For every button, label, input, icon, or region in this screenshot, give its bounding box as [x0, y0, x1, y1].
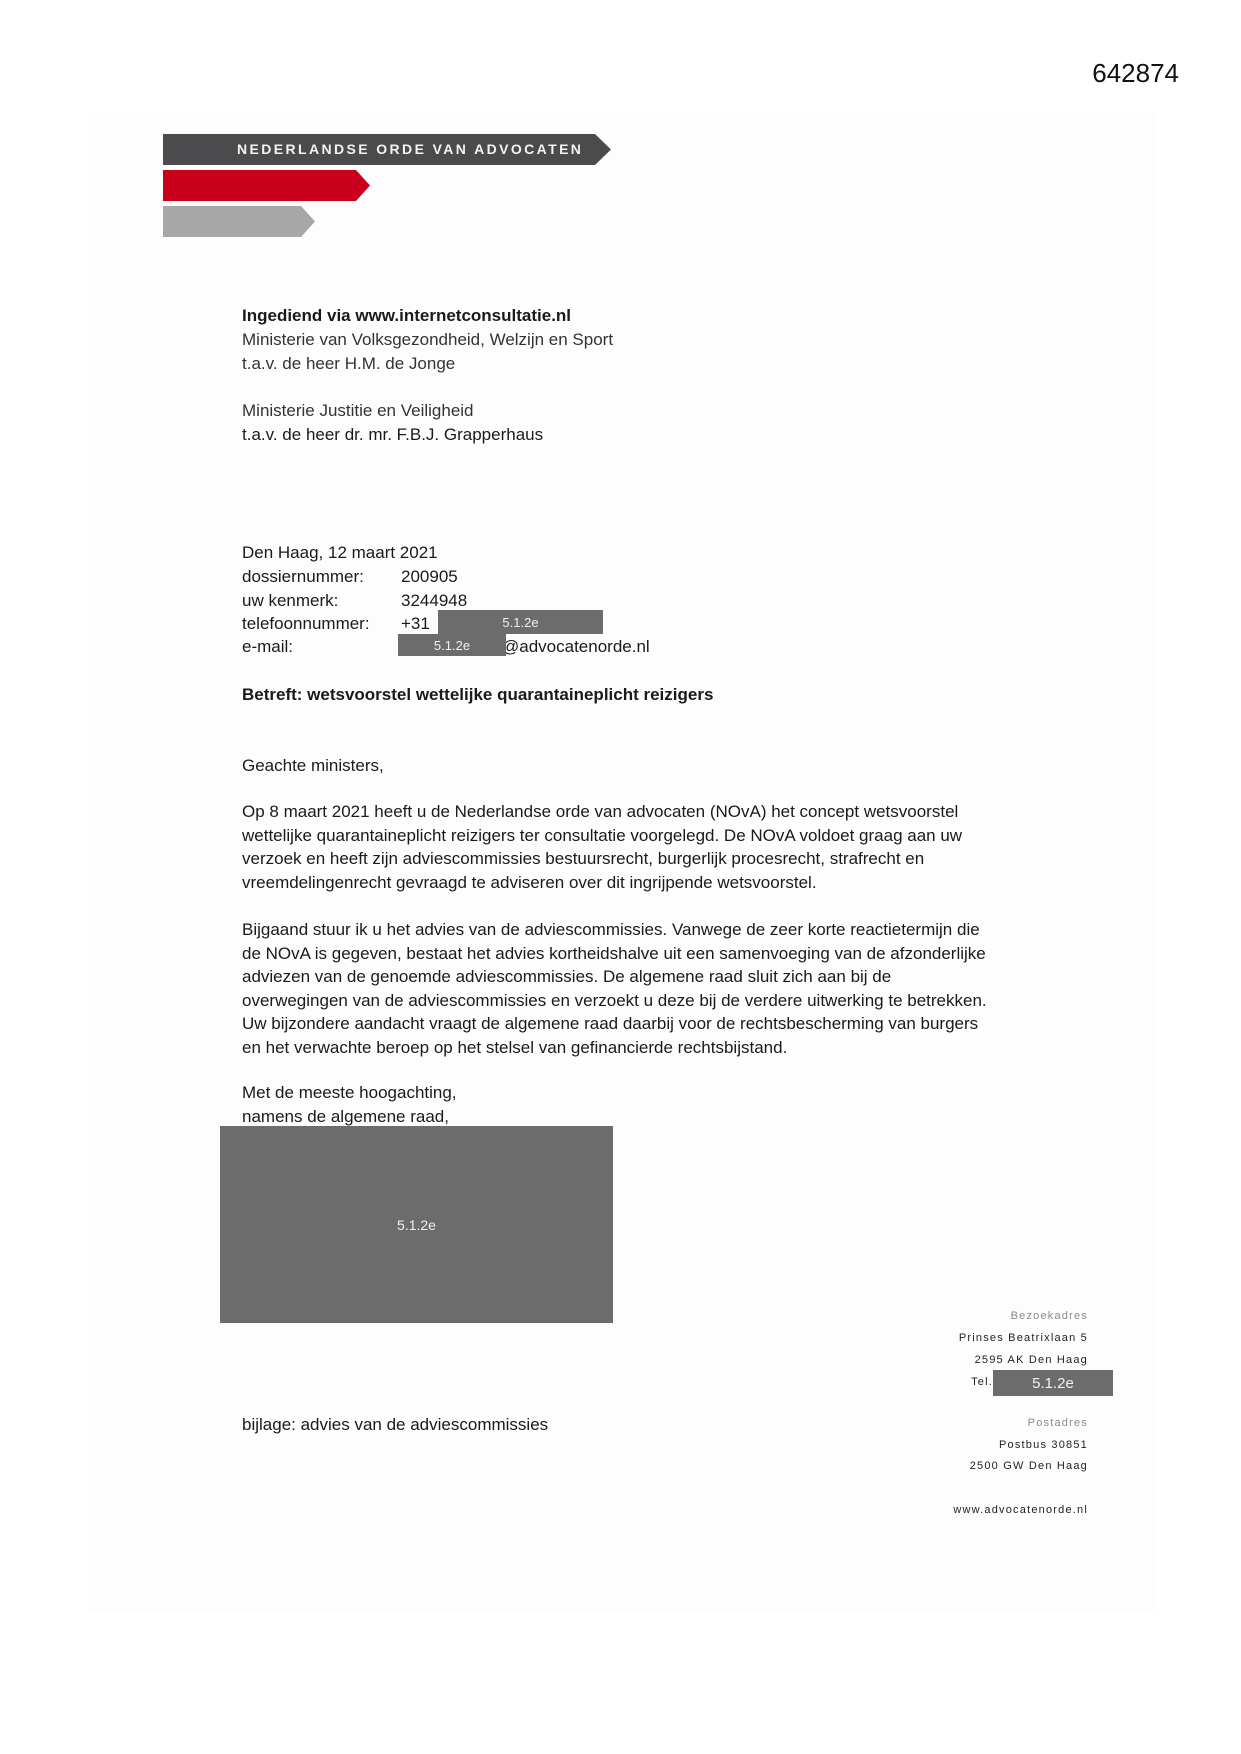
recipient-ministry-1: Ministerie van Volksgezondheid, Welzijn … — [242, 330, 613, 350]
attachment-note: bijlage: advies van de adviescommissies — [242, 1415, 548, 1435]
paragraph-line: vreemdelingenrecht gevraagd te adviseren… — [242, 871, 1042, 895]
closing-line-1: Met de meeste hoogachting, — [242, 1083, 457, 1103]
meta-label: dossiernummer: — [242, 567, 364, 587]
visit-address-heading: Bezoekadres — [1011, 1310, 1088, 1322]
paragraph-line: Bijgaand stuur ik u het advies van de ad… — [242, 918, 1042, 942]
meta-value: 200905 — [401, 567, 458, 587]
salutation: Geachte ministers, — [242, 756, 384, 776]
meta-value: +31 — [401, 614, 430, 634]
closing-line-2: namens de algemene raad, — [242, 1107, 449, 1127]
meta-label: telefoonnummer: — [242, 614, 370, 634]
website-link[interactable]: www.advocatenorde.nl — [953, 1504, 1088, 1516]
email-redaction: 5.1.2e — [398, 634, 506, 656]
submitted-via: Ingediend via www.internetconsultatie.nl — [242, 306, 571, 326]
paragraph-line: adviezen van de genoemde adviescommissie… — [242, 965, 1042, 989]
meta-value: @advocatenorde.nl — [502, 637, 650, 657]
paragraph-1: Op 8 maart 2021 heeft u de Nederlandse o… — [242, 800, 1042, 894]
meta-label: e-mail: — [242, 637, 293, 657]
nova-logo: NEDERLANDSE ORDE VAN ADVOCATEN — [163, 134, 623, 240]
meta-value: 3244948 — [401, 591, 467, 611]
paragraph-line: verzoek en heeft zijn adviescommissies b… — [242, 847, 1042, 871]
paragraph-line: overwegingen van de adviescommissies en … — [242, 989, 1042, 1013]
paragraph-line: Op 8 maart 2021 heeft u de Nederlandse o… — [242, 800, 1042, 824]
visit-city: 2595 AK Den Haag — [975, 1354, 1088, 1366]
logo-text: NEDERLANDSE ORDE VAN ADVOCATEN — [237, 134, 583, 165]
recipient-ministry-2: Ministerie Justitie en Veiligheid — [242, 401, 474, 421]
tel-label: Tel. — [971, 1376, 993, 1388]
post-address-heading: Postadres — [1028, 1417, 1088, 1429]
paragraph-2: Bijgaand stuur ik u het advies van de ad… — [242, 918, 1042, 1059]
phone-redaction: 5.1.2e — [438, 610, 603, 634]
meta-label: uw kenmerk: — [242, 591, 338, 611]
paragraph-line: Uw bijzondere aandacht vraagt de algemen… — [242, 1012, 1042, 1036]
recipient-attention-2: t.a.v. de heer dr. mr. F.B.J. Grapperhau… — [242, 425, 543, 445]
document-number: 642874 — [1092, 58, 1179, 89]
visit-street: Prinses Beatrixlaan 5 — [959, 1332, 1088, 1344]
tel-redaction: 5.1.2e — [993, 1370, 1113, 1396]
post-box: Postbus 30851 — [999, 1439, 1088, 1451]
signature-redaction: 5.1.2e — [220, 1126, 613, 1323]
paragraph-line: wettelijke quarantaineplicht reizigers t… — [242, 824, 1042, 848]
place-date: Den Haag, 12 maart 2021 — [242, 543, 438, 563]
recipient-attention-1: t.a.v. de heer H.M. de Jonge — [242, 354, 455, 374]
paragraph-line: de NOvA is gegeven, bestaat het advies k… — [242, 942, 1042, 966]
post-city: 2500 GW Den Haag — [970, 1460, 1088, 1472]
paragraph-line: en het verwachte beroep op het stelsel v… — [242, 1036, 1042, 1060]
logo-grey-arrow — [163, 206, 315, 237]
logo-red-arrow — [163, 170, 370, 201]
subject-line: Betreft: wetsvoorstel wettelijke quarant… — [242, 685, 713, 705]
